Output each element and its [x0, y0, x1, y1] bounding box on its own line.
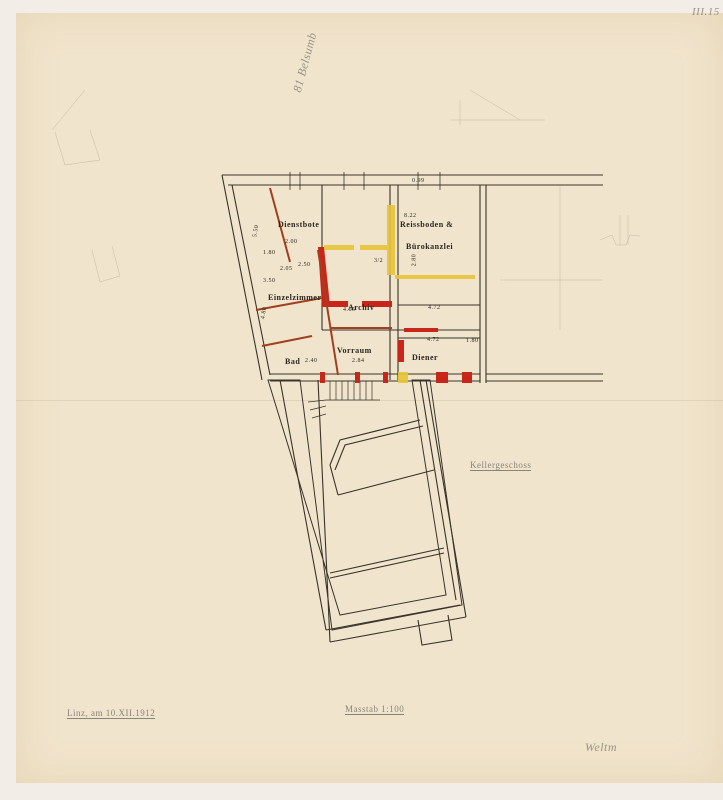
room-label-bad: Bad	[285, 357, 300, 366]
signature: Weltm	[585, 740, 617, 755]
room-label-einzelzimmer: Einzelzimmer	[268, 293, 322, 302]
room-label-buerokanzlei: Bürokanzlei	[406, 242, 453, 251]
place-date: Linz, am 10.XII.1912	[67, 708, 155, 719]
dim-door-top: 0.99	[412, 178, 425, 184]
dim-vorraum-width: 2.84	[352, 358, 365, 364]
dim-reissboden-width: 8.22	[404, 213, 417, 219]
dim-side-b: 2.50	[298, 262, 311, 268]
room-label-reissboden: Reissboden &	[400, 220, 453, 229]
dim-mid-f: 3/2	[374, 258, 383, 264]
dim-mid-a: 3.50	[263, 278, 276, 284]
dim-diener-width: 4.72	[427, 337, 440, 343]
dim-reissboden-depth: 2.80	[411, 254, 417, 267]
floor-plan-drawing	[0, 0, 723, 800]
sheet-number: III.15	[692, 6, 720, 18]
dim-mid-d: 4.65	[343, 307, 356, 313]
room-label-dienstbote: Dienstbote	[278, 220, 319, 229]
dim-side-a: 2.05	[280, 266, 293, 272]
dim-mid-b: 2.00	[285, 239, 298, 245]
floor-label: Kellergeschoss	[470, 460, 531, 471]
dim-diener-right: 1.80	[466, 338, 479, 344]
scale-label: Masstab 1:100	[345, 704, 404, 715]
dim-bad-width: 2.40	[305, 358, 318, 364]
dim-archiv-right: 4.72	[428, 305, 441, 311]
room-label-diener: Diener	[412, 353, 438, 362]
room-label-vorraum: Vorraum	[337, 346, 372, 355]
dim-mid-c: 1.80	[263, 250, 276, 256]
